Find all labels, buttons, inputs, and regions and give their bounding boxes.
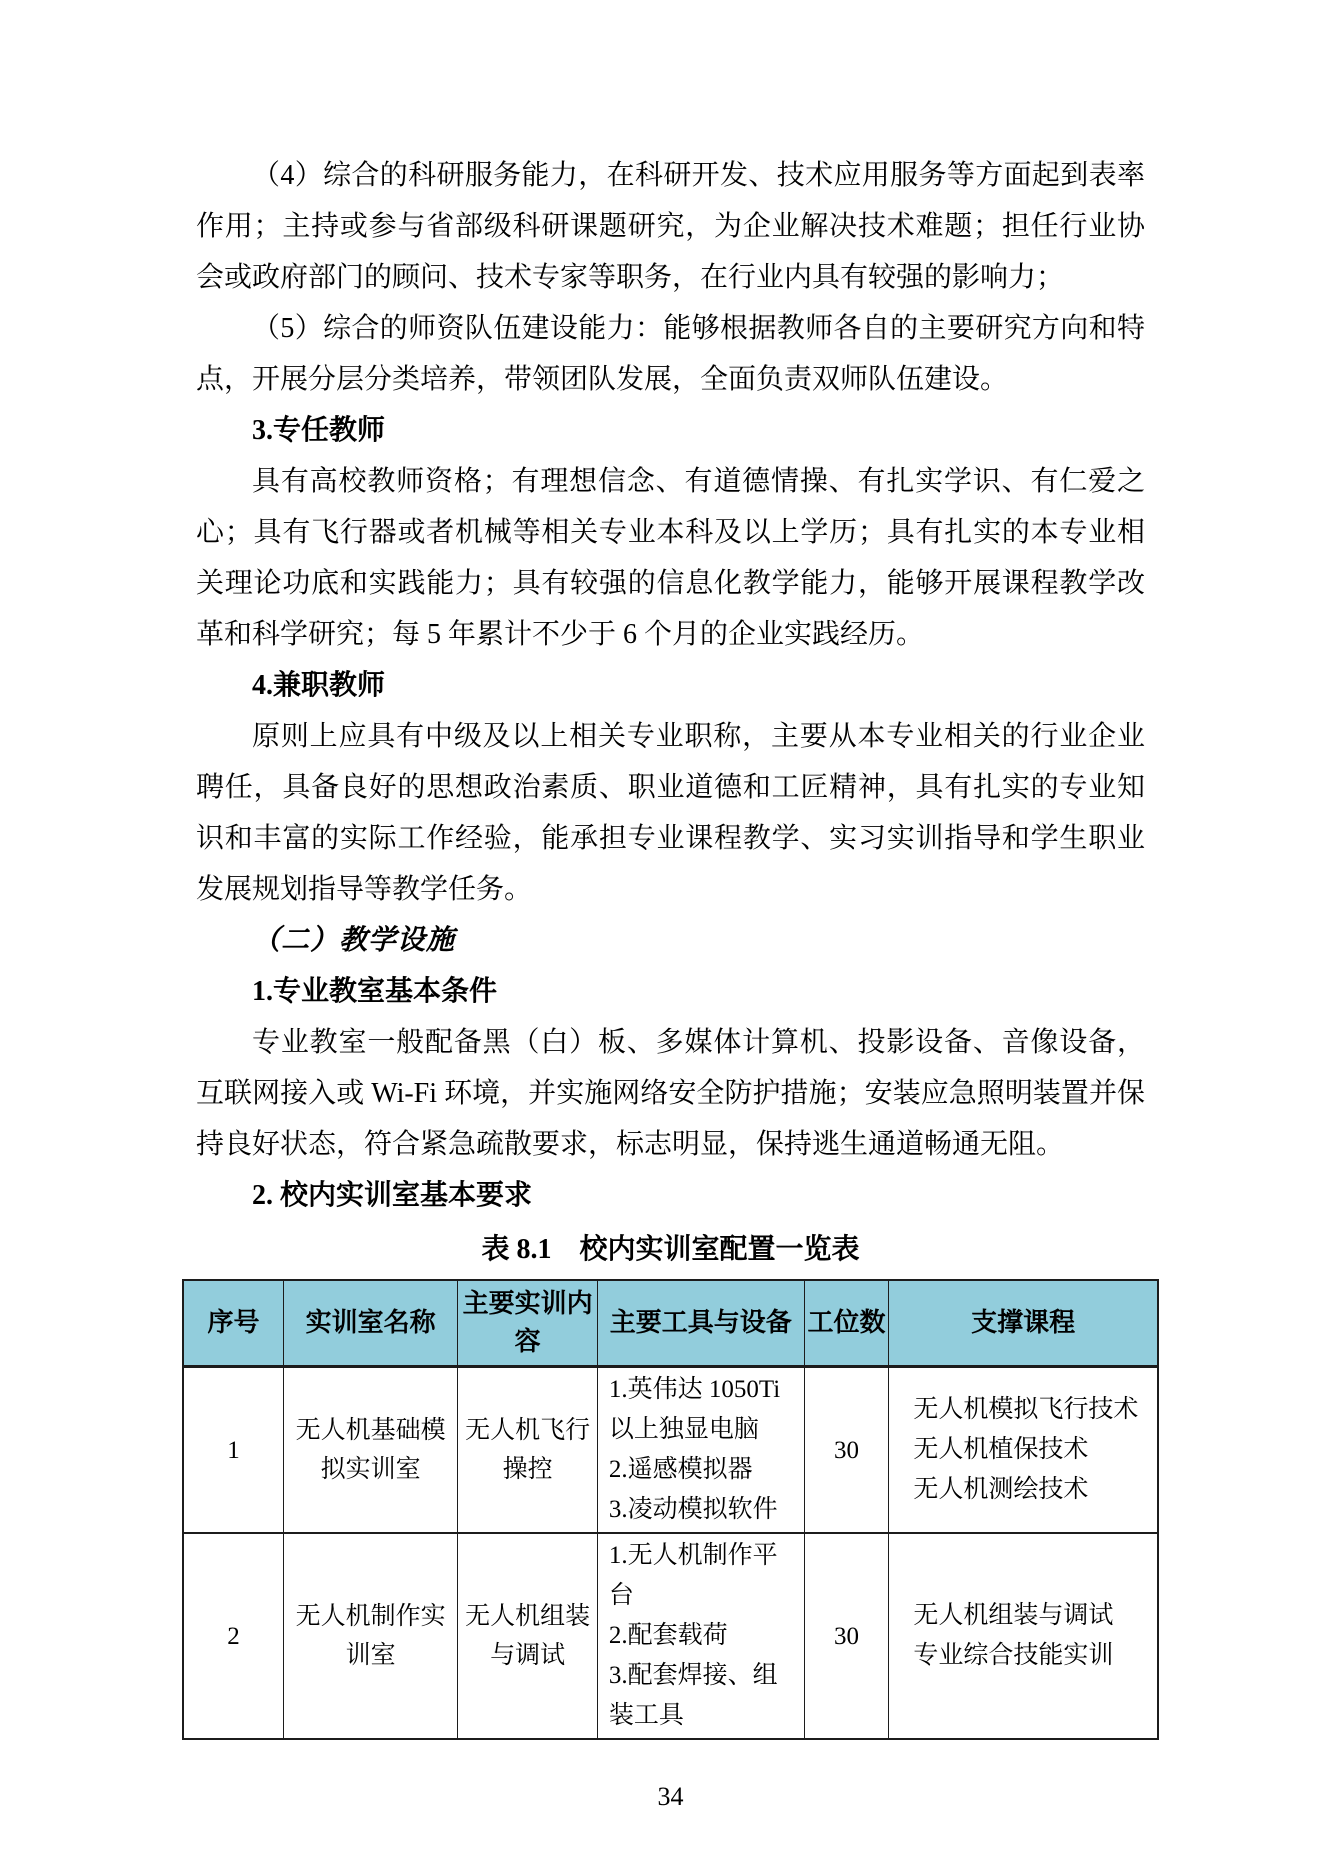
- cell-training-content: 无人机飞行操控: [458, 1367, 597, 1534]
- cell-tools: 1.英伟达 1050Ti 以上独显电脑 2.遥感模拟器 3.凌动模拟软件: [597, 1367, 804, 1534]
- tool-item: 1.英伟达 1050Ti 以上独显电脑: [609, 1370, 799, 1450]
- cell-training-content: 无人机组装与调试: [458, 1533, 597, 1739]
- col-header-station-count: 工位数: [804, 1280, 889, 1367]
- col-header-tools-equipment: 主要工具与设备: [597, 1280, 804, 1367]
- body-text: （4）综合的科研服务能力，在科研开发、技术应用服务等方面起到表率作用；主持或参与…: [196, 150, 1145, 1221]
- table-row-simulation-room: 1 无人机基础模拟实训室 无人机飞行操控 1.英伟达 1050Ti 以上独显电脑…: [183, 1367, 1158, 1534]
- course-item: 专业综合技能实训: [913, 1636, 1152, 1676]
- course-item: 无人机植保技术: [913, 1430, 1152, 1470]
- col-header-room-name: 实训室名称: [283, 1280, 458, 1367]
- cell-index: 2: [183, 1533, 283, 1739]
- cell-station-count: 30: [804, 1533, 889, 1739]
- cell-station-count: 30: [804, 1367, 889, 1534]
- tool-item: 2.遥感模拟器: [609, 1450, 799, 1490]
- cell-room-name: 无人机基础模拟实训室: [283, 1367, 458, 1534]
- heading-classroom-basic-conditions: 1.专业教室基本条件: [196, 966, 1145, 1017]
- cell-courses: 无人机组装与调试 专业综合技能实训: [889, 1533, 1158, 1739]
- tool-item: 1.无人机制作平台: [609, 1536, 799, 1616]
- heading-training-room-requirements: 2. 校内实训室基本要求: [196, 1170, 1145, 1221]
- para-research-service-ability: （4）综合的科研服务能力，在科研开发、技术应用服务等方面起到表率作用；主持或参与…: [196, 150, 1145, 303]
- para-fulltime-teacher-requirements: 具有高校教师资格；有理想信念、有道德情操、有扎实学识、有仁爱之心；具有飞行器或者…: [196, 456, 1145, 660]
- tool-item: 3.配套焊接、组装工具: [609, 1656, 799, 1736]
- para-classroom-equipment: 专业教室一般配备黑（白）板、多媒体计算机、投影设备、音像设备，互联网接入或 Wi…: [196, 1017, 1145, 1170]
- col-header-training-content: 主要实训内容: [458, 1280, 597, 1367]
- heading-fulltime-teachers: 3.专任教师: [196, 405, 1145, 456]
- course-item: 无人机测绘技术: [913, 1470, 1152, 1510]
- col-header-index: 序号: [183, 1280, 283, 1367]
- document-page: （4）综合的科研服务能力，在科研开发、技术应用服务等方面起到表率作用；主持或参与…: [0, 0, 1323, 1871]
- cell-tools: 1.无人机制作平台 2.配套载荷 3.配套焊接、组装工具: [597, 1533, 804, 1739]
- course-item: 无人机组装与调试: [913, 1596, 1152, 1636]
- table-row-fabrication-room: 2 无人机制作实训室 无人机组装与调试 1.无人机制作平台 2.配套载荷 3.配…: [183, 1533, 1158, 1739]
- tool-item: 2.配套载荷: [609, 1616, 799, 1656]
- col-header-supported-courses: 支撑课程: [889, 1280, 1158, 1367]
- page-number: 34: [196, 1782, 1145, 1812]
- cell-index: 1: [183, 1367, 283, 1534]
- para-faculty-team-building: （5）综合的师资队伍建设能力：能够根据教师各自的主要研究方向和特点，开展分层分类…: [196, 303, 1145, 405]
- heading-parttime-teachers: 4.兼职教师: [196, 660, 1145, 711]
- table-caption: 表 8.1 校内实训室配置一览表: [196, 1221, 1145, 1279]
- cell-courses: 无人机模拟飞行技术 无人机植保技术 无人机测绘技术: [889, 1367, 1158, 1534]
- table-header-row: 序号 实训室名称 主要实训内容 主要工具与设备 工位数 支撑课程: [183, 1280, 1158, 1367]
- tool-item: 3.凌动模拟软件: [609, 1490, 799, 1530]
- course-item: 无人机模拟飞行技术: [913, 1390, 1152, 1430]
- cell-room-name: 无人机制作实训室: [283, 1533, 458, 1739]
- para-parttime-teacher-requirements: 原则上应具有中级及以上相关专业职称，主要从本专业相关的行业企业聘任，具备良好的思…: [196, 711, 1145, 915]
- heading-teaching-facilities: （二）教学设施: [196, 915, 1145, 966]
- training-room-config-table: 序号 实训室名称 主要实训内容 主要工具与设备 工位数 支撑课程 1 无人机基础…: [182, 1279, 1159, 1740]
